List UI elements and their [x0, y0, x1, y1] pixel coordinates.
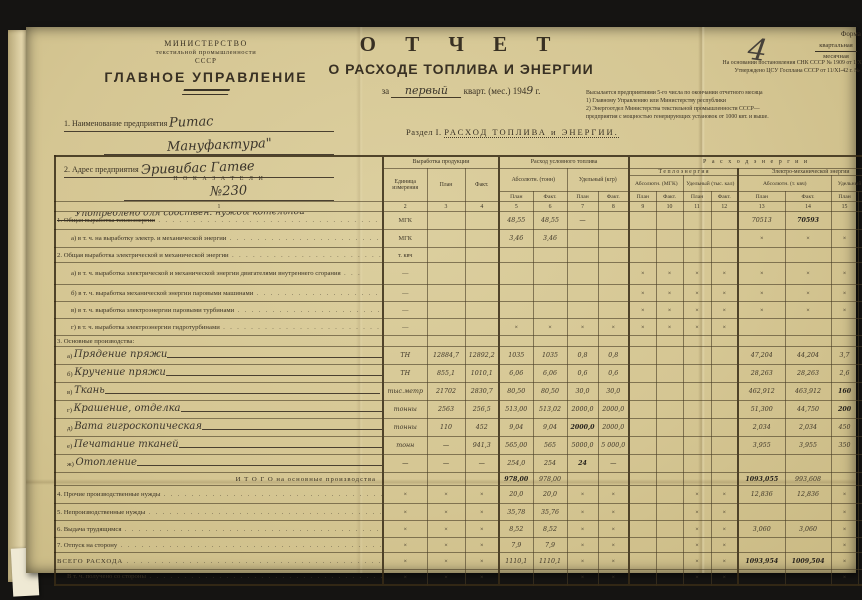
cell-r22-c13	[738, 570, 785, 585]
cell-r16-c2	[383, 473, 427, 486]
cell-r15-c8: —	[598, 455, 629, 473]
cell-r4-c13: ×	[738, 263, 785, 285]
table-row: 4. Прочие производственные нужды . . . .…	[55, 486, 862, 504]
cell-r11-c13: 462,912	[738, 383, 785, 401]
row-label: е) Печатание тканей	[55, 437, 383, 455]
cell-r18-c10	[656, 504, 683, 521]
table-row: И Т О Г О на основные производства978,00…	[55, 473, 862, 486]
cell-r5-c8	[598, 285, 629, 302]
cell-r6-c16: ×	[858, 302, 862, 319]
cell-r11-c4: 2830,7	[465, 383, 499, 401]
cell-r13-c9	[629, 419, 656, 437]
cell-r22-c2: ×	[383, 570, 427, 585]
report-period-line: за первый кварт. (мес.) 1949 г.	[316, 84, 606, 98]
cell-r17-c4: ×	[465, 486, 499, 504]
cell-r6-c13: ×	[738, 302, 785, 319]
handwritten-production-name: Кручение пряжи	[74, 367, 165, 379]
cell-r1-c8	[598, 212, 629, 230]
row-label: 7. Отпуск на сторону . . . . . . . . . .…	[55, 538, 383, 553]
cell-r2-c8	[598, 230, 629, 248]
cell-r5-c5	[499, 285, 533, 302]
header-uslovnoe-toplivo: Расход условного топлива	[499, 156, 629, 169]
report-title: О Т Ч Е Т	[316, 32, 606, 57]
cell-r5-c4	[465, 285, 499, 302]
cell-r3-c11	[683, 248, 711, 263]
cell-r11-c15: 160	[831, 383, 858, 401]
cell-r9-c14: 44,204	[785, 347, 831, 365]
cell-r15-c13	[738, 455, 785, 473]
cell-r21-c13: 1093,954	[738, 553, 785, 570]
row-label: в) Ткань	[55, 383, 383, 401]
report-subtitle: О РАСХОДЕ ТОПЛИВА И ЭНЕРГИИ	[316, 61, 606, 77]
colnum-12: 12	[711, 202, 738, 212]
cell-r16-c13: 1093,055	[738, 473, 785, 486]
table-row: 5. Непроизводственные нужды . . . . . . …	[55, 504, 862, 521]
cell-r6-c2: —	[383, 302, 427, 319]
cell-r2-c10	[656, 230, 683, 248]
cell-r18-c8: ×	[598, 504, 629, 521]
cell-r9-c13: 47,204	[738, 347, 785, 365]
cell-r2-c5: 3,46	[499, 230, 533, 248]
cell-r7-c15	[831, 319, 858, 336]
cell-r19-c8: ×	[598, 521, 629, 538]
period-prefix: за	[382, 86, 390, 96]
cell-r15-c2: —	[383, 455, 427, 473]
colnum-7: 7	[567, 202, 598, 212]
cell-r4-c9: ×	[629, 263, 656, 285]
cell-r16-c15	[831, 473, 858, 486]
cell-r9-c2: ТН	[383, 347, 427, 365]
colnum-2: 2	[383, 202, 427, 212]
mailing-line1: Высылается предприятиями 5-го числа по о…	[586, 89, 862, 97]
header-plan-7: План	[567, 192, 598, 202]
cell-r2-c4	[465, 230, 499, 248]
cell-r13-c16: 450	[858, 419, 862, 437]
handwritten-production-name: Ткань	[74, 385, 105, 397]
row-label: ВСЕГО РАСХОДА . . . . . . . . . . . . . …	[55, 553, 383, 570]
cell-r6-c4	[465, 302, 499, 319]
colnum-14: 14	[785, 202, 831, 212]
cell-r8-c16	[858, 336, 862, 347]
cell-r18-c11: ×	[683, 504, 711, 521]
cell-r5-c12: ×	[711, 285, 738, 302]
cell-r14-c5: 565,00	[499, 437, 533, 455]
cell-r1-c4	[465, 212, 499, 230]
mailing-line4: предприятия с мощностью генерирующих уст…	[586, 113, 862, 121]
table-row: а) в т. ч. выработка электрической и мех…	[55, 263, 862, 285]
cell-r18-c3: ×	[427, 504, 465, 521]
cell-r8-c9	[629, 336, 656, 347]
header-ud-kgr: Удельный (кгр)	[567, 169, 629, 192]
cell-r22-c9	[629, 570, 656, 585]
cell-r19-c10	[656, 521, 683, 538]
cell-r13-c4: 452	[465, 419, 499, 437]
cell-r15-c12	[711, 455, 738, 473]
header-fakt-col4: Факт.	[465, 169, 499, 202]
cell-r6-c14: ×	[785, 302, 831, 319]
handwritten-production-name: Прядение пряжи	[74, 349, 167, 361]
cell-r14-c10	[656, 437, 683, 455]
cell-r12-c16: 176	[858, 401, 862, 419]
section-heading: Раздел I. РАСХОД ТОПЛИВА и ЭНЕРГИИ.	[406, 127, 726, 137]
cell-r12-c14: 44,750	[785, 401, 831, 419]
cell-r13-c2: тонны	[383, 419, 427, 437]
cell-r4-c15: ×	[831, 263, 858, 285]
cell-r10-c10	[656, 365, 683, 383]
cell-r11-c7: 30,0	[567, 383, 598, 401]
cell-r17-c8: ×	[598, 486, 629, 504]
colnum-13: 13	[738, 202, 785, 212]
cell-r8-c6	[533, 336, 567, 347]
colnum-5: 5	[499, 202, 533, 212]
cell-r4-c6	[533, 263, 567, 285]
cell-r3-c4	[465, 248, 499, 263]
cell-r1-c9	[629, 212, 656, 230]
cell-r20-c9	[629, 538, 656, 553]
cell-r11-c5: 80,50	[499, 383, 533, 401]
cell-r6-c6	[533, 302, 567, 319]
enterprise-name-line2: Мануфактура"	[104, 138, 334, 155]
table-row: б) в т. ч. выработка механической энерги…	[55, 285, 862, 302]
header-fakt-14: Факт.	[785, 192, 831, 202]
cell-r11-c10	[656, 383, 683, 401]
cell-r6-c9: ×	[629, 302, 656, 319]
section-label: Раздел I.	[406, 127, 442, 137]
cell-r22-c11: ×	[683, 570, 711, 585]
cell-r18-c12: ×	[711, 504, 738, 521]
cell-r9-c12	[711, 347, 738, 365]
cell-r9-c8: 0,8	[598, 347, 629, 365]
cell-r9-c9	[629, 347, 656, 365]
cell-r20-c4: ×	[465, 538, 499, 553]
cell-r3-c9	[629, 248, 656, 263]
colnum-9: 9	[629, 202, 656, 212]
cell-r14-c15: 350	[831, 437, 858, 455]
cell-r11-c16: 143	[858, 383, 862, 401]
table-row: в) Тканьтыс.метр217022830,780,5080,5030,…	[55, 383, 862, 401]
header-fakt-16: Факт.	[858, 192, 862, 202]
cell-r10-c9	[629, 365, 656, 383]
cell-r14-c9	[629, 437, 656, 455]
form-number: Форма № 21	[770, 30, 862, 38]
cell-r15-c14	[785, 455, 831, 473]
table-row: ж) Отопление———254,025424—	[55, 455, 862, 473]
cell-r5-c11: ×	[683, 285, 711, 302]
section-title: РАСХОД ТОПЛИВА и ЭНЕРГИИ.	[444, 127, 618, 138]
enterprise-name-line1: 1. Наименование предприятия Ритас	[64, 115, 334, 132]
cell-r14-c4: 941,3	[465, 437, 499, 455]
cell-r7-c4	[465, 319, 499, 336]
cell-r19-c12: ×	[711, 521, 738, 538]
cell-r19-c15: ×	[831, 521, 858, 538]
cell-r17-c9	[629, 486, 656, 504]
cell-r5-c13: ×	[738, 285, 785, 302]
cell-r5-c16: ×	[858, 285, 862, 302]
cell-r4-c12: ×	[711, 263, 738, 285]
cell-r3-c12	[711, 248, 738, 263]
cell-r13-c14: 2,034	[785, 419, 831, 437]
fuel-energy-table: П О К А З А Т Е Л И Выработка продукции …	[54, 155, 862, 586]
cell-r6-c7	[567, 302, 598, 319]
table-row: в) в т. ч. выработка электроэнергии паро…	[55, 302, 862, 319]
cell-r13-c15: 450	[831, 419, 858, 437]
cell-r10-c5: 6,06	[499, 365, 533, 383]
header-plan-15: План	[831, 192, 858, 202]
table-body: 1. Общая выработка теплоэнергииУпотребле…	[55, 212, 862, 585]
cell-r9-c7: 0,8	[567, 347, 598, 365]
cell-r17-c2: ×	[383, 486, 427, 504]
cell-r3-c8	[598, 248, 629, 263]
cell-r18-c16: ×	[858, 504, 862, 521]
cell-r10-c4: 1010,1	[465, 365, 499, 383]
cell-r22-c5	[499, 570, 533, 585]
cell-r17-c3: ×	[427, 486, 465, 504]
cell-r15-c16	[858, 455, 862, 473]
mailing-text: Высылается предприятиями 5-го числа по о…	[586, 89, 862, 121]
cell-r3-c2: т. квч	[383, 248, 427, 263]
cell-r16-c4	[465, 473, 499, 486]
cell-r2-c15: ×	[831, 230, 858, 248]
cell-r4-c10: ×	[656, 263, 683, 285]
cell-r16-c11	[683, 473, 711, 486]
cell-r9-c11	[683, 347, 711, 365]
cell-r15-c10	[656, 455, 683, 473]
colnum-16: 16	[858, 202, 862, 212]
form-kind-quarterly: квартальная	[815, 41, 857, 52]
row-label: В т. ч. получено со стороны . . . . . . …	[55, 570, 383, 585]
cell-r7-c2: —	[383, 319, 427, 336]
cell-r16-c3	[427, 473, 465, 486]
cell-r15-c6: 254	[533, 455, 567, 473]
mailing-line2: 1) Главному Управлению или Министерству …	[586, 97, 862, 105]
cell-r2-c12	[711, 230, 738, 248]
row-label: 1. Общая выработка теплоэнергииУпотребле…	[55, 212, 383, 230]
cell-r12-c7: 2000,0	[567, 401, 598, 419]
cell-r21-c6: 1110,1	[533, 553, 567, 570]
ministry-line1: МИНИСТЕРСТВО	[96, 39, 316, 49]
cell-r20-c12: ×	[711, 538, 738, 553]
cell-r6-c8	[598, 302, 629, 319]
header-edinitsa: Единица измерения	[383, 169, 427, 202]
cell-r4-c4	[465, 263, 499, 285]
cell-r4-c2: —	[383, 263, 427, 285]
cell-r21-c15: ×	[831, 553, 858, 570]
cell-r13-c13: 2,034	[738, 419, 785, 437]
cell-r11-c2: тыс.метр	[383, 383, 427, 401]
cell-r16-c10	[656, 473, 683, 486]
cell-r4-c16: ×	[858, 263, 862, 285]
colnum-11: 11	[683, 202, 711, 212]
cell-r13-c8: 2000,0	[598, 419, 629, 437]
cell-r19-c7: ×	[567, 521, 598, 538]
cell-r12-c6: 513,02	[533, 401, 567, 419]
cell-r12-c9	[629, 401, 656, 419]
enterprise-name2-handwritten: Мануфактура"	[166, 136, 271, 155]
cell-r8-c10	[656, 336, 683, 347]
cell-r11-c6: 80,50	[533, 383, 567, 401]
cell-r5-c6	[533, 285, 567, 302]
cell-r21-c7: ×	[567, 553, 598, 570]
department-title: ГЛАВНОЕ УПРАВЛЕНИЕ	[96, 69, 316, 87]
cell-r3-c3	[427, 248, 465, 263]
cell-r19-c2: ×	[383, 521, 427, 538]
header-abs-mgk: Абсолютн. (МГК)	[629, 176, 683, 192]
colnum-1: 1	[55, 202, 383, 212]
cell-r22-c16: ×	[858, 570, 862, 585]
cell-r8-c3	[427, 336, 465, 347]
cell-r17-c7: ×	[567, 486, 598, 504]
cell-r12-c2: тонны	[383, 401, 427, 419]
cell-r16-c8	[598, 473, 629, 486]
cell-r4-c11: ×	[683, 263, 711, 285]
cell-r20-c5: 7,9	[499, 538, 533, 553]
cell-r13-c7: 2000,0	[567, 419, 598, 437]
cell-r21-c12: ×	[711, 553, 738, 570]
colnum-8: 8	[598, 202, 629, 212]
colnum-4: 4	[465, 202, 499, 212]
cell-r5-c10: ×	[656, 285, 683, 302]
header-ud-kvch: Удельный (квч.)	[831, 176, 862, 192]
cell-r9-c6: 1035	[533, 347, 567, 365]
header-plan-col3: План	[427, 169, 465, 202]
cell-r21-c8: ×	[598, 553, 629, 570]
row-label: а) Прядение пряжи	[55, 347, 383, 365]
cell-r15-c3: —	[427, 455, 465, 473]
cell-r8-c15	[831, 336, 858, 347]
cell-r7-c16	[858, 319, 862, 336]
cell-r9-c4: 12892,2	[465, 347, 499, 365]
handwritten-production-name: Крашение, отделка	[74, 403, 181, 415]
header-plan-9: План	[629, 192, 656, 202]
cell-r20-c11: ×	[683, 538, 711, 553]
cell-r18-c13	[738, 504, 785, 521]
cell-r19-c16: ×	[858, 521, 862, 538]
cell-r13-c3: 110	[427, 419, 465, 437]
cell-r19-c6: 8,52	[533, 521, 567, 538]
enterprise-name-handwritten: Ритас	[169, 114, 214, 131]
cell-r10-c6: 6,06	[533, 365, 567, 383]
colnum-15: 15	[831, 202, 858, 212]
cell-r17-c13: 12,836	[738, 486, 785, 504]
row-label: а) в т. ч. на выработку электр. и механи…	[55, 230, 383, 248]
cell-r21-c5: 1110,1	[499, 553, 533, 570]
cell-r18-c5: 35,78	[499, 504, 533, 521]
cell-r11-c14: 463,912	[785, 383, 831, 401]
cell-r6-c3	[427, 302, 465, 319]
cell-r20-c13	[738, 538, 785, 553]
cell-r6-c15: ×	[831, 302, 858, 319]
cell-r12-c8: 2000,0	[598, 401, 629, 419]
cell-r16-c9	[629, 473, 656, 486]
cell-r21-c9	[629, 553, 656, 570]
cell-r7-c12: ×	[711, 319, 738, 336]
cell-r7-c3	[427, 319, 465, 336]
cell-r15-c9	[629, 455, 656, 473]
department-rule	[182, 89, 230, 95]
cell-r17-c10	[656, 486, 683, 504]
cell-r1-c12	[711, 212, 738, 230]
header-plan-13: План	[738, 192, 785, 202]
cell-r3-c6	[533, 248, 567, 263]
cell-r4-c8	[598, 263, 629, 285]
cell-r6-c12: ×	[711, 302, 738, 319]
year-digit-handwritten: 9	[526, 84, 533, 97]
cell-r16-c16	[858, 473, 862, 486]
table-row: а) Прядение пряжиТН12884,712892,21035103…	[55, 347, 862, 365]
cell-r2-c16: ×	[858, 230, 862, 248]
cell-r10-c8: 0,6	[598, 365, 629, 383]
cell-r10-c7: 0,6	[567, 365, 598, 383]
cell-r22-c7: ×	[567, 570, 598, 585]
cell-r5-c15: ×	[831, 285, 858, 302]
row-label: в) в т. ч. выработка электроэнергии паро…	[55, 302, 383, 319]
cell-r7-c5: ×	[499, 319, 533, 336]
cell-r9-c16: 3,5	[858, 347, 862, 365]
table-row: 6. Выдача трудящимся . . . . . . . . . .…	[55, 521, 862, 538]
cell-r22-c8: ×	[598, 570, 629, 585]
cell-r7-c13	[738, 319, 785, 336]
row-label: 2. Общая выработка электрической и механ…	[55, 248, 383, 263]
header-plan-11: План	[683, 192, 711, 202]
cell-r7-c10: ×	[656, 319, 683, 336]
cell-r12-c3: 2563	[427, 401, 465, 419]
cell-r10-c16: 2,6	[858, 365, 862, 383]
cell-r8-c11	[683, 336, 711, 347]
cell-r14-c16: 350	[858, 437, 862, 455]
cell-r17-c12: ×	[711, 486, 738, 504]
cell-r20-c2: ×	[383, 538, 427, 553]
cell-r9-c3: 12884,7	[427, 347, 465, 365]
cell-r1-c14: 70593	[785, 212, 831, 230]
cell-r1-c3	[427, 212, 465, 230]
cell-r17-c16: ×	[858, 486, 862, 504]
header-ud-tyskal: Удельный (тыс. кал)	[683, 176, 738, 192]
cell-r8-c7	[567, 336, 598, 347]
table-row: 1. Общая выработка теплоэнергииУпотребле…	[55, 212, 862, 230]
header-elektro: Электро-механической энергии	[738, 169, 862, 176]
row-label: И Т О Г О на основные производства	[55, 473, 383, 486]
cell-r10-c15: 2,6	[831, 365, 858, 383]
cell-r8-c12	[711, 336, 738, 347]
row-label: 4. Прочие производственные нужды . . . .…	[55, 486, 383, 504]
cell-r7-c8: ×	[598, 319, 629, 336]
cell-r13-c6: 9,04	[533, 419, 567, 437]
cell-r18-c14	[785, 504, 831, 521]
cell-r4-c14: ×	[785, 263, 831, 285]
cell-r5-c3	[427, 285, 465, 302]
table-row: д) Вата гигроскопическаятонны1104529,049…	[55, 419, 862, 437]
cell-r8-c2	[383, 336, 427, 347]
cell-r14-c14: 3,955	[785, 437, 831, 455]
cell-r2-c14: ×	[785, 230, 831, 248]
cell-r18-c15: ×	[831, 504, 858, 521]
handwritten-production-name: Печатание тканей	[74, 439, 179, 451]
cell-r5-c14: ×	[785, 285, 831, 302]
cell-r20-c10	[656, 538, 683, 553]
colnum-3: 3	[427, 202, 465, 212]
cell-r17-c6: 20,0	[533, 486, 567, 504]
header-fakt-10: Факт.	[656, 192, 683, 202]
cell-r1-c10	[656, 212, 683, 230]
basis-text: На основании постановления СНК СССР № 19…	[622, 59, 862, 76]
basis-line1: На основании постановления СНК СССР № 19…	[622, 59, 862, 67]
cell-r12-c12	[711, 401, 738, 419]
row-label: 5. Непроизводственные нужды . . . . . . …	[55, 504, 383, 521]
cell-r9-c5: 1035	[499, 347, 533, 365]
cell-r13-c5: 9,04	[499, 419, 533, 437]
table-row: В т. ч. получено со стороны . . . . . . …	[55, 570, 862, 585]
cell-r3-c14	[785, 248, 831, 263]
